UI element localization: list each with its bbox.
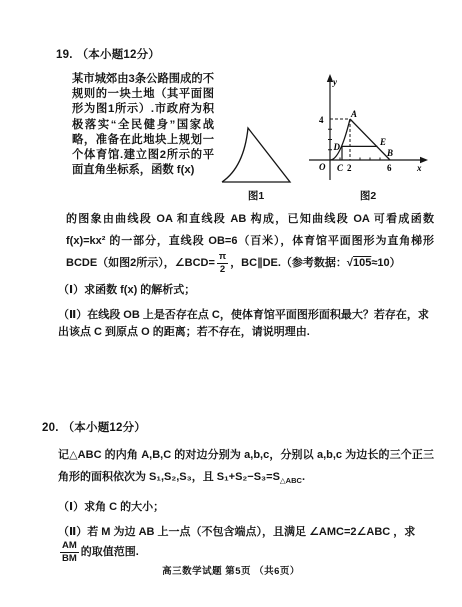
triangle-abc-subscript: △ABC [280, 476, 302, 485]
problem-19-question-1: （Ⅰ）求函数 f(x) 的解析式； [58, 282, 434, 299]
label-2: 2 [347, 163, 352, 173]
problem-19-body: 的图象由曲线段 OA 和直线段 AB 构成，已知曲线段 OA 可看成函数 f(x… [66, 209, 434, 274]
problem-20: 20.（本小题12分） 记△ABC 的内角 A,B,C 的对边分别为 a,b,c… [56, 419, 434, 563]
problem-19-heading: 19.（本小题12分） [56, 46, 434, 62]
label-4: 4 [319, 115, 324, 125]
problem-19-question-2: （Ⅱ）在线段 OB 上是否存在点 C，使体育馆平面图形面积最大？若存在，求出该点… [58, 307, 434, 341]
problem-19-intro-text: 某市城郊由3条公路围成的不规则的一块土地（其平面图形为图1所示）.市政府为积极落… [72, 72, 214, 178]
figure-2-drawing: y x O 4 A D E C 2 B 6 [304, 72, 432, 186]
problem-19: 19.（本小题12分） 某市城郊由3条公路围成的不规则的一块土地（其平面图形为图… [56, 46, 434, 341]
p19-body-segment-3: ≈10） [371, 257, 400, 269]
label-E: E [379, 137, 386, 147]
label-y: y [332, 77, 338, 87]
problem-20-question-2: （Ⅱ）若 M 为边 AB 上一点（不包含端点），且满足 ∠AMC=2∠ABC ，… [58, 524, 434, 563]
figure-2-block: y x O 4 A D E C 2 B 6 [304, 72, 432, 203]
problem-20-body: 记△ABC 的内角 A,B,C 的对边分别为 a,b,c，分别以 a,b,c 为… [58, 445, 434, 491]
p20-body-segment-1: 记△ABC 的内角 A,B,C 的对边分别为 a,b,c，分别以 a,b,c 为… [58, 449, 434, 483]
curve-OA [330, 119, 350, 160]
sqrt-radicand: 105 [353, 257, 371, 269]
figure-1-block: 图1 [214, 120, 298, 203]
fraction-numerator: AM [60, 541, 79, 553]
figure-2-caption: 图2 [360, 188, 376, 203]
page-content: 19.（本小题12分） 某市城郊由3条公路围成的不规则的一块土地（其平面图形为图… [0, 0, 462, 563]
problem-19-number: 19. [56, 49, 73, 61]
label-O: O [319, 162, 326, 172]
label-C: C [337, 163, 344, 173]
label-6: 6 [387, 163, 392, 173]
label-B: B [386, 148, 393, 158]
label-x: x [416, 163, 422, 173]
fraction-numerator: π [217, 252, 228, 264]
problem-20-number: 20. [42, 422, 59, 434]
problem-20-points: （本小题12分） [63, 422, 146, 434]
p20-q2-segment-1: （Ⅱ）若 M 为边 AB 上一点（不包含端点），且满足 ∠AMC=2∠ABC ，… [58, 526, 415, 538]
fraction-pi-over-2: π2 [217, 252, 228, 274]
p19-body-segment-2: ，BC∥DE.（参考数据：√ [230, 257, 353, 269]
p20-q2-segment-2: 的取值范围. [81, 546, 139, 558]
label-D: D [333, 142, 341, 152]
fraction-denominator: BM [60, 553, 79, 564]
land-plot-shape [222, 128, 290, 182]
label-A: A [350, 109, 357, 119]
exam-page: 19.（本小题12分） 某市城郊由3条公路围成的不规则的一块土地（其平面图形为图… [0, 0, 462, 607]
fraction-denominator: 2 [217, 264, 228, 275]
page-footer: 高三数学试题 第5页 （共6页） [0, 563, 462, 577]
problem-19-points: （本小题12分） [77, 49, 160, 61]
figure-1-caption: 图1 [248, 188, 264, 203]
p20-body-segment-2: . [302, 471, 305, 483]
fraction-am-over-bm: AMBM [60, 541, 79, 563]
problem-19-intro-row: 某市城郊由3条公路围成的不规则的一块土地（其平面图形为图1所示）.市政府为积极落… [56, 72, 434, 203]
figures-row: 图1 [214, 72, 434, 203]
problem-20-question-1: （Ⅰ）求角 C 的大小； [58, 499, 434, 516]
figure-1-drawing [214, 120, 298, 186]
problem-20-heading: 20.（本小题12分） [42, 419, 434, 435]
